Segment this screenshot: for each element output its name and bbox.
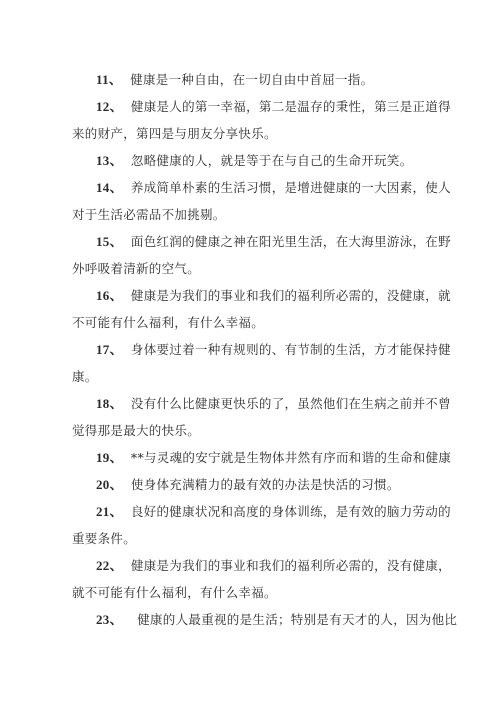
item-number: 14、 xyxy=(96,180,123,195)
item-number: 23、 xyxy=(96,612,116,627)
item-16: 16、健康是为我们的事业和我们的福利所必需的，没健康，就 xyxy=(96,288,451,304)
item-18-cont: 觉得那是最大的快乐。 xyxy=(72,423,200,439)
item-11: 11、健康是一种自由，在一切自由中首屈一指。 xyxy=(96,72,373,88)
item-number: 18、 xyxy=(96,396,123,411)
item-text: 忽略健康的人，就是等于在与自己的生命开玩笑。 xyxy=(131,153,413,168)
item-number: 16、 xyxy=(96,288,123,303)
item-number: 19、 xyxy=(96,450,123,465)
item-number: 17、 xyxy=(96,342,123,357)
item-12: 12、健康是人的第一幸福，第二是温存的秉性，第三是正道得 xyxy=(96,99,451,115)
item-20: 20、使身体充满精力的最有效的办法是快活的习惯。 xyxy=(96,477,400,493)
item-21-cont: 重要条件。 xyxy=(72,531,136,547)
item-text: 良好的健康状况和高度的身体训练，是有效的脑力劳动的 xyxy=(131,504,451,519)
item-text: 使身体充满精力的最有效的办法是快活的习惯。 xyxy=(131,477,400,492)
item-number: 12、 xyxy=(96,99,123,114)
item-19: 19、**与灵魂的安宁就是生物体井然有序而和谐的生命和健康 xyxy=(96,450,451,466)
item-text: 健康是一种自由，在一切自由中首屈一指。 xyxy=(130,72,373,87)
item-22-cont: 就不可能有什么福利，有什么幸福。 xyxy=(72,585,277,601)
item-14: 14、养成简单朴素的生活习惯，是增进健康的一大因素，使人 xyxy=(96,180,451,196)
item-14-cont: 对于生活必需品不加挑剔。 xyxy=(72,207,226,223)
item-15: 15、面色红润的健康之神在阳光里生活，在大海里游泳，在野 xyxy=(96,234,451,250)
item-text: **与灵魂的安宁就是生物体井然有序而和谐的生命和健康 xyxy=(131,450,451,465)
item-number: 15、 xyxy=(96,234,123,249)
item-text: 养成简单朴素的生活习惯，是增进健康的一大因素，使人 xyxy=(131,180,451,195)
item-text: 健康是为我们的事业和我们的福利所必需的，没健康，就 xyxy=(131,288,451,303)
item-13: 13、忽略健康的人，就是等于在与自己的生命开玩笑。 xyxy=(96,153,413,169)
item-text: 健康是人的第一幸福，第二是温存的秉性，第三是正道得 xyxy=(131,99,451,114)
item-text: 没有什么比健康更快乐的了，虽然他们在生病之前并不曾 xyxy=(131,396,451,411)
item-17: 17、身体要过着一种有规则的、有节制的生活，方才能保持健 xyxy=(96,342,451,358)
item-number: 21、 xyxy=(96,504,123,519)
item-number: 11、 xyxy=(96,72,122,87)
item-17-cont: 康。 xyxy=(72,369,98,385)
item-21: 21、良好的健康状况和高度的身体训练，是有效的脑力劳动的 xyxy=(96,504,451,520)
item-16-cont: 不可能有什么福利，有什么幸福。 xyxy=(72,315,264,331)
item-12-cont: 来的财产，第四是与朋友分享快乐。 xyxy=(72,126,277,142)
item-text: 健康是为我们的事业和我们的福利所必需的，没有健康， xyxy=(131,558,451,573)
item-number: 13、 xyxy=(96,153,123,168)
item-22: 22、健康是为我们的事业和我们的福利所必需的，没有健康， xyxy=(96,558,451,574)
item-text: 身体要过着一种有规则的、有节制的生活，方才能保持健 xyxy=(131,342,451,357)
item-text: 面色红润的健康之神在阳光里生活，在大海里游泳，在野 xyxy=(131,234,451,249)
document-page: 11、健康是一种自由，在一切自由中首屈一指。 12、健康是人的第一幸福，第二是温… xyxy=(0,0,500,708)
item-15-cont: 外呼吸着清新的空气。 xyxy=(72,261,200,277)
item-text: 健康的人最重视的是生活；特别是有天才的人，因为他比 xyxy=(124,612,457,627)
item-18: 18、没有什么比健康更快乐的了，虽然他们在生病之前并不曾 xyxy=(96,396,451,412)
item-number: 20、 xyxy=(96,477,123,492)
item-number: 22、 xyxy=(96,558,123,573)
item-23: 23、 健康的人最重视的是生活；特别是有天才的人，因为他比 xyxy=(96,612,457,628)
